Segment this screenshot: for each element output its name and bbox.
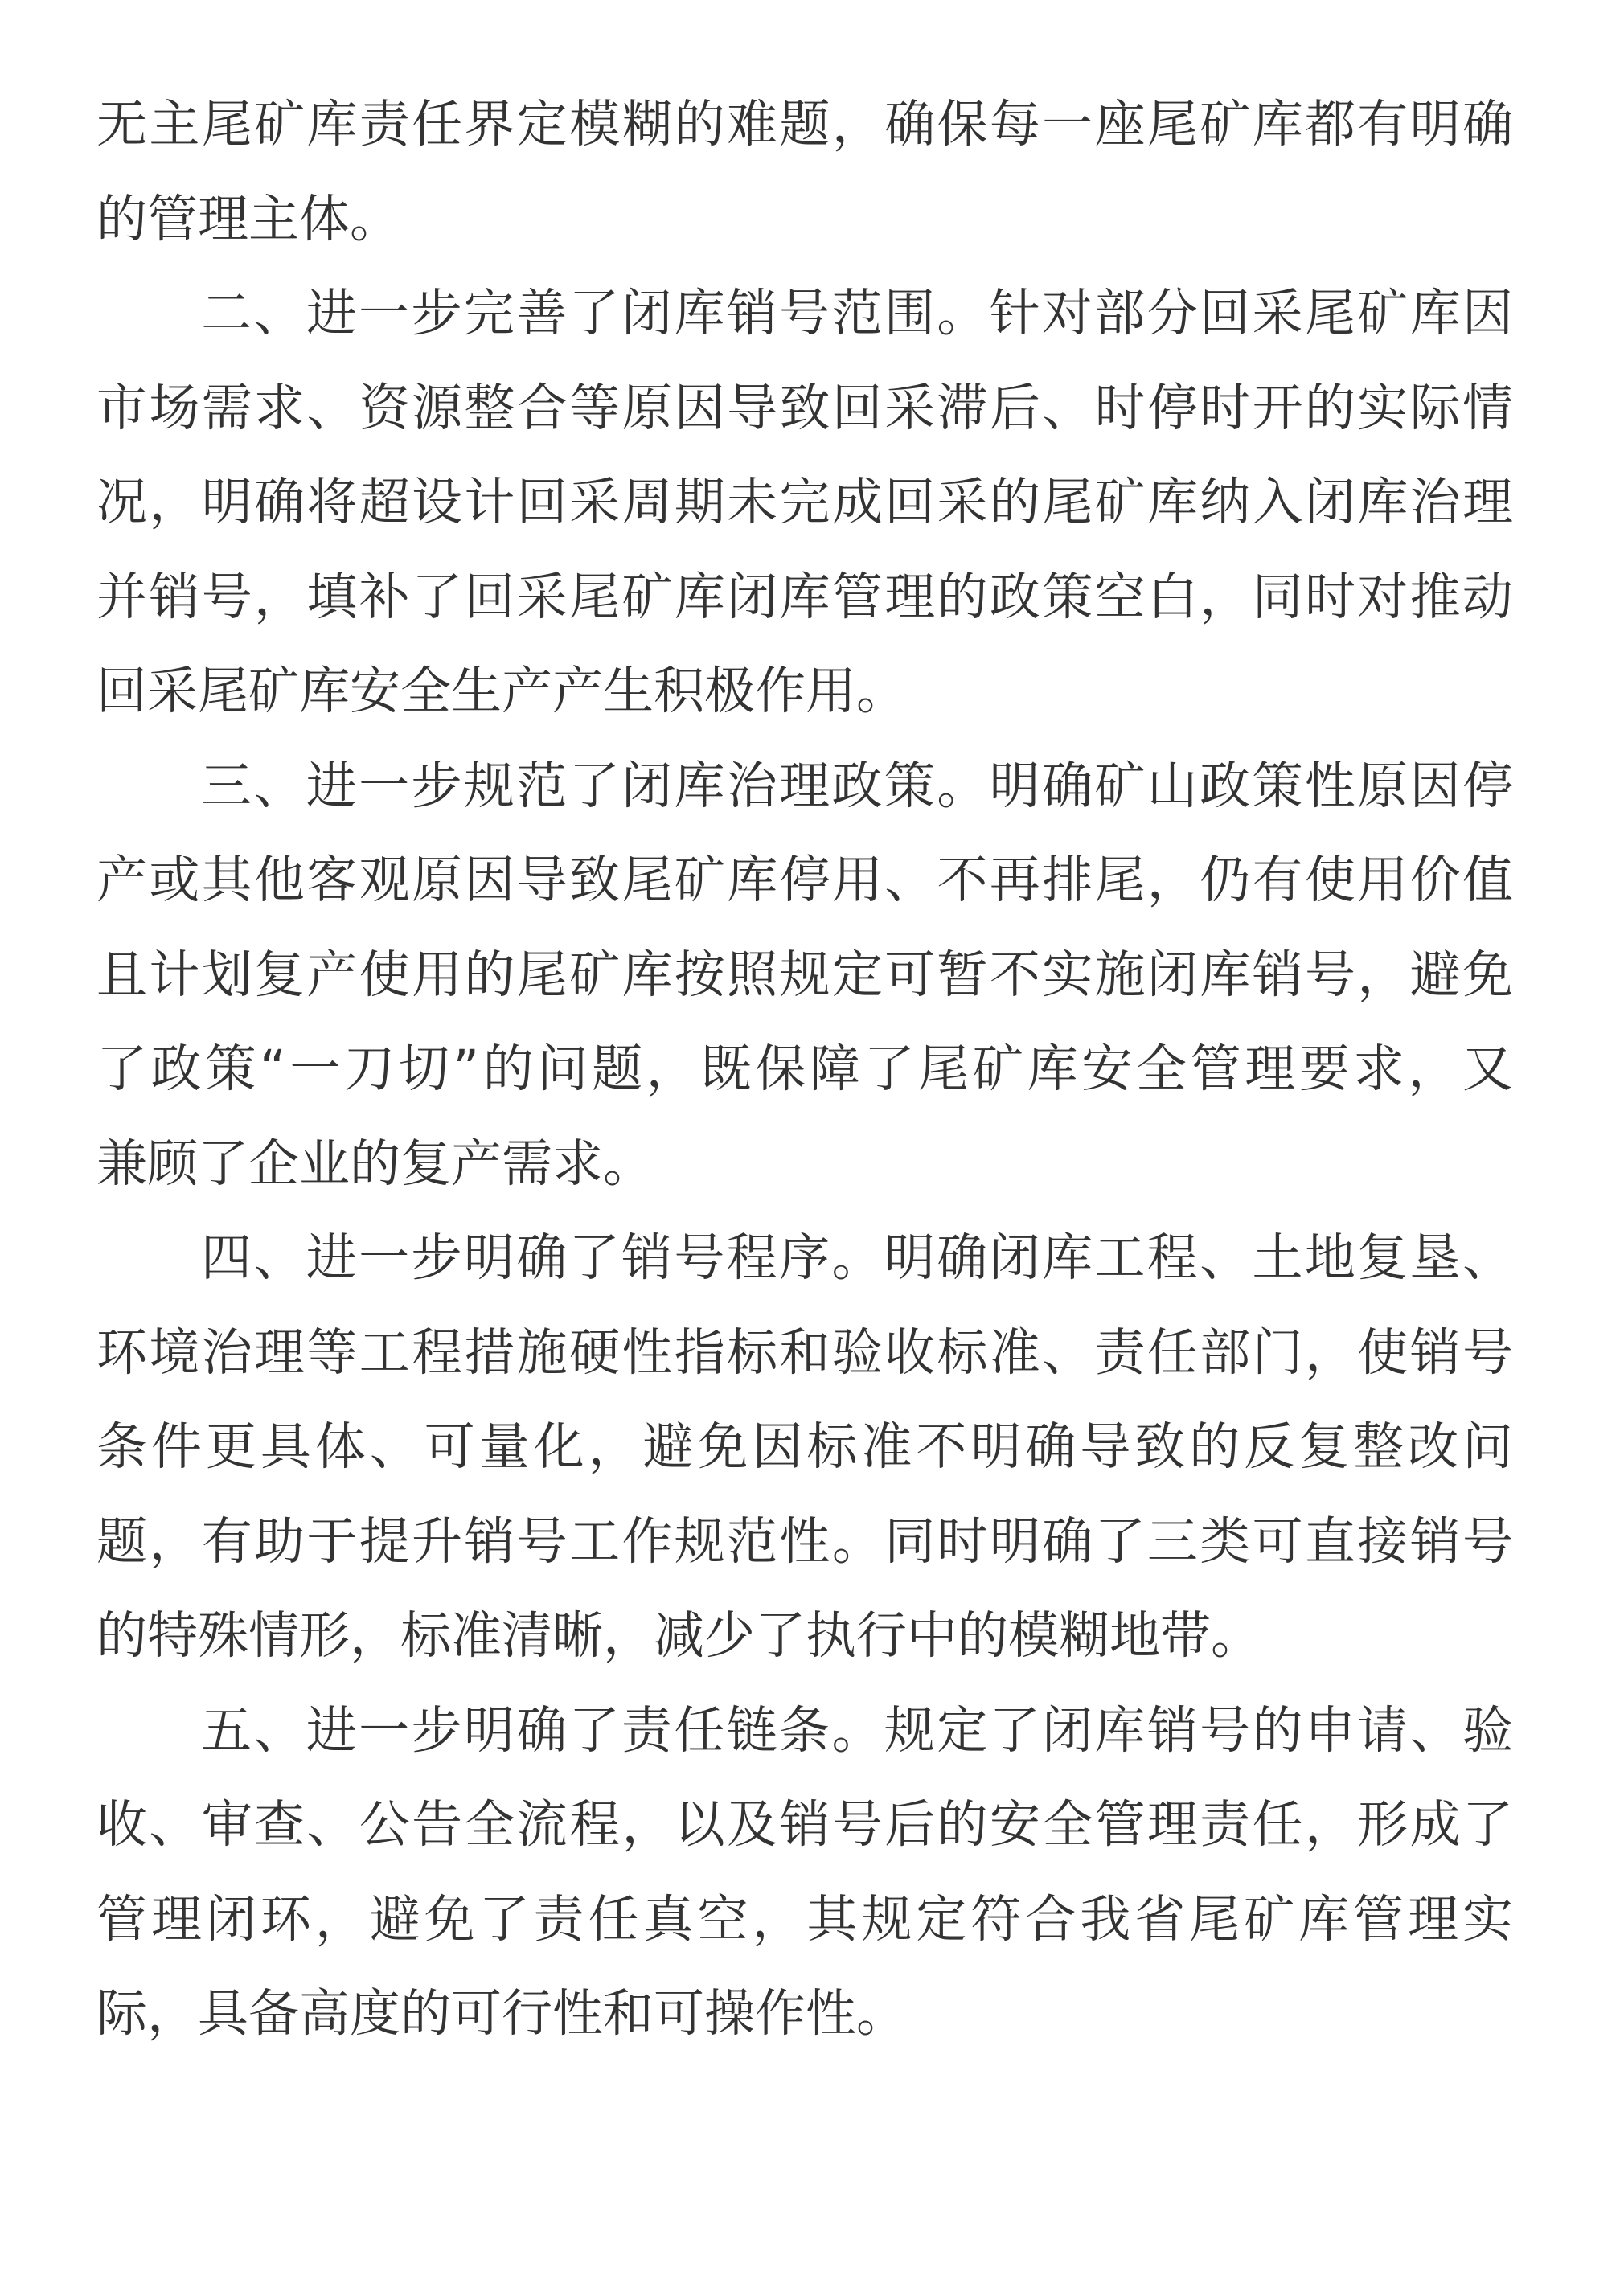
- text-line: 的特殊情形，标准清晰，减少了执行中的模糊地带。: [96, 1589, 1513, 1683]
- text-line: 的管理主体。: [96, 172, 1513, 267]
- text-line: 无主尾矿库责任界定模糊的难题，确保每一座尾矿库都有明确: [96, 77, 1513, 172]
- text-line: 市场需求、资源整合等原因导致回采滞后、时停时开的实际情: [96, 361, 1513, 456]
- paragraph-policy: 三、进一步规范了闭库治理政策。明确矿山政策性原因停 产或其他客观原因导致尾矿库停…: [96, 739, 1513, 1212]
- paragraph-scope: 二、进一步完善了闭库销号范围。针对部分回采尾矿库因 市场需求、资源整合等原因导致…: [96, 266, 1513, 739]
- text-line: 条件更具体、可量化，避免因标准不明确导致的反复整改问: [96, 1400, 1513, 1494]
- paragraph-heading-line: 四、进一步明确了销号程序。明确闭库工程、土地复垦、: [96, 1211, 1513, 1306]
- text-line: 了政策“一刀切”的问题，既保障了尾矿库安全管理要求，又: [96, 1022, 1513, 1117]
- paragraph-procedure: 四、进一步明确了销号程序。明确闭库工程、土地复垦、 环境治理等工程措施硬性指标和…: [96, 1211, 1513, 1683]
- text-line: 回采尾矿库安全生产产生积极作用。: [96, 644, 1513, 739]
- text-line: 管理闭环，避免了责任真空，其规定符合我省尾矿库管理实: [96, 1872, 1513, 1967]
- text-line: 收、审查、公告全流程，以及销号后的安全管理责任，形成了: [96, 1777, 1513, 1872]
- document-body: 无主尾矿库责任界定模糊的难题，确保每一座尾矿库都有明确 的管理主体。 二、进一步…: [96, 77, 1513, 2061]
- text-line: 况，明确将超设计回采周期未完成回采的尾矿库纳入闭库治理: [96, 455, 1513, 550]
- paragraph-heading-line: 二、进一步完善了闭库销号范围。针对部分回采尾矿库因: [96, 266, 1513, 361]
- paragraph-continuation: 无主尾矿库责任界定模糊的难题，确保每一座尾矿库都有明确 的管理主体。: [96, 77, 1513, 266]
- paragraph-responsibility: 五、进一步明确了责任链条。规定了闭库销号的申请、验 收、审查、公告全流程，以及销…: [96, 1683, 1513, 2061]
- paragraph-heading-line: 三、进一步规范了闭库治理政策。明确矿山政策性原因停: [96, 739, 1513, 834]
- text-line: 产或其他客观原因导致尾矿库停用、不再排尾，仍有使用价值: [96, 833, 1513, 928]
- text-line: 环境治理等工程措施硬性指标和验收标准、责任部门，使销号: [96, 1306, 1513, 1400]
- paragraph-heading-line: 五、进一步明确了责任链条。规定了闭库销号的申请、验: [96, 1683, 1513, 1778]
- text-line: 题，有助于提升销号工作规范性。同时明确了三类可直接销号: [96, 1494, 1513, 1589]
- text-line: 且计划复产使用的尾矿库按照规定可暂不实施闭库销号，避免: [96, 928, 1513, 1023]
- text-line: 并销号，填补了回采尾矿库闭库管理的政策空白，同时对推动: [96, 550, 1513, 645]
- document-page: 无主尾矿库责任界定模糊的难题，确保每一座尾矿库都有明确 的管理主体。 二、进一步…: [0, 0, 1624, 2296]
- text-line: 兼顾了企业的复产需求。: [96, 1117, 1513, 1212]
- text-line: 际，具备高度的可行性和可操作性。: [96, 1966, 1513, 2061]
